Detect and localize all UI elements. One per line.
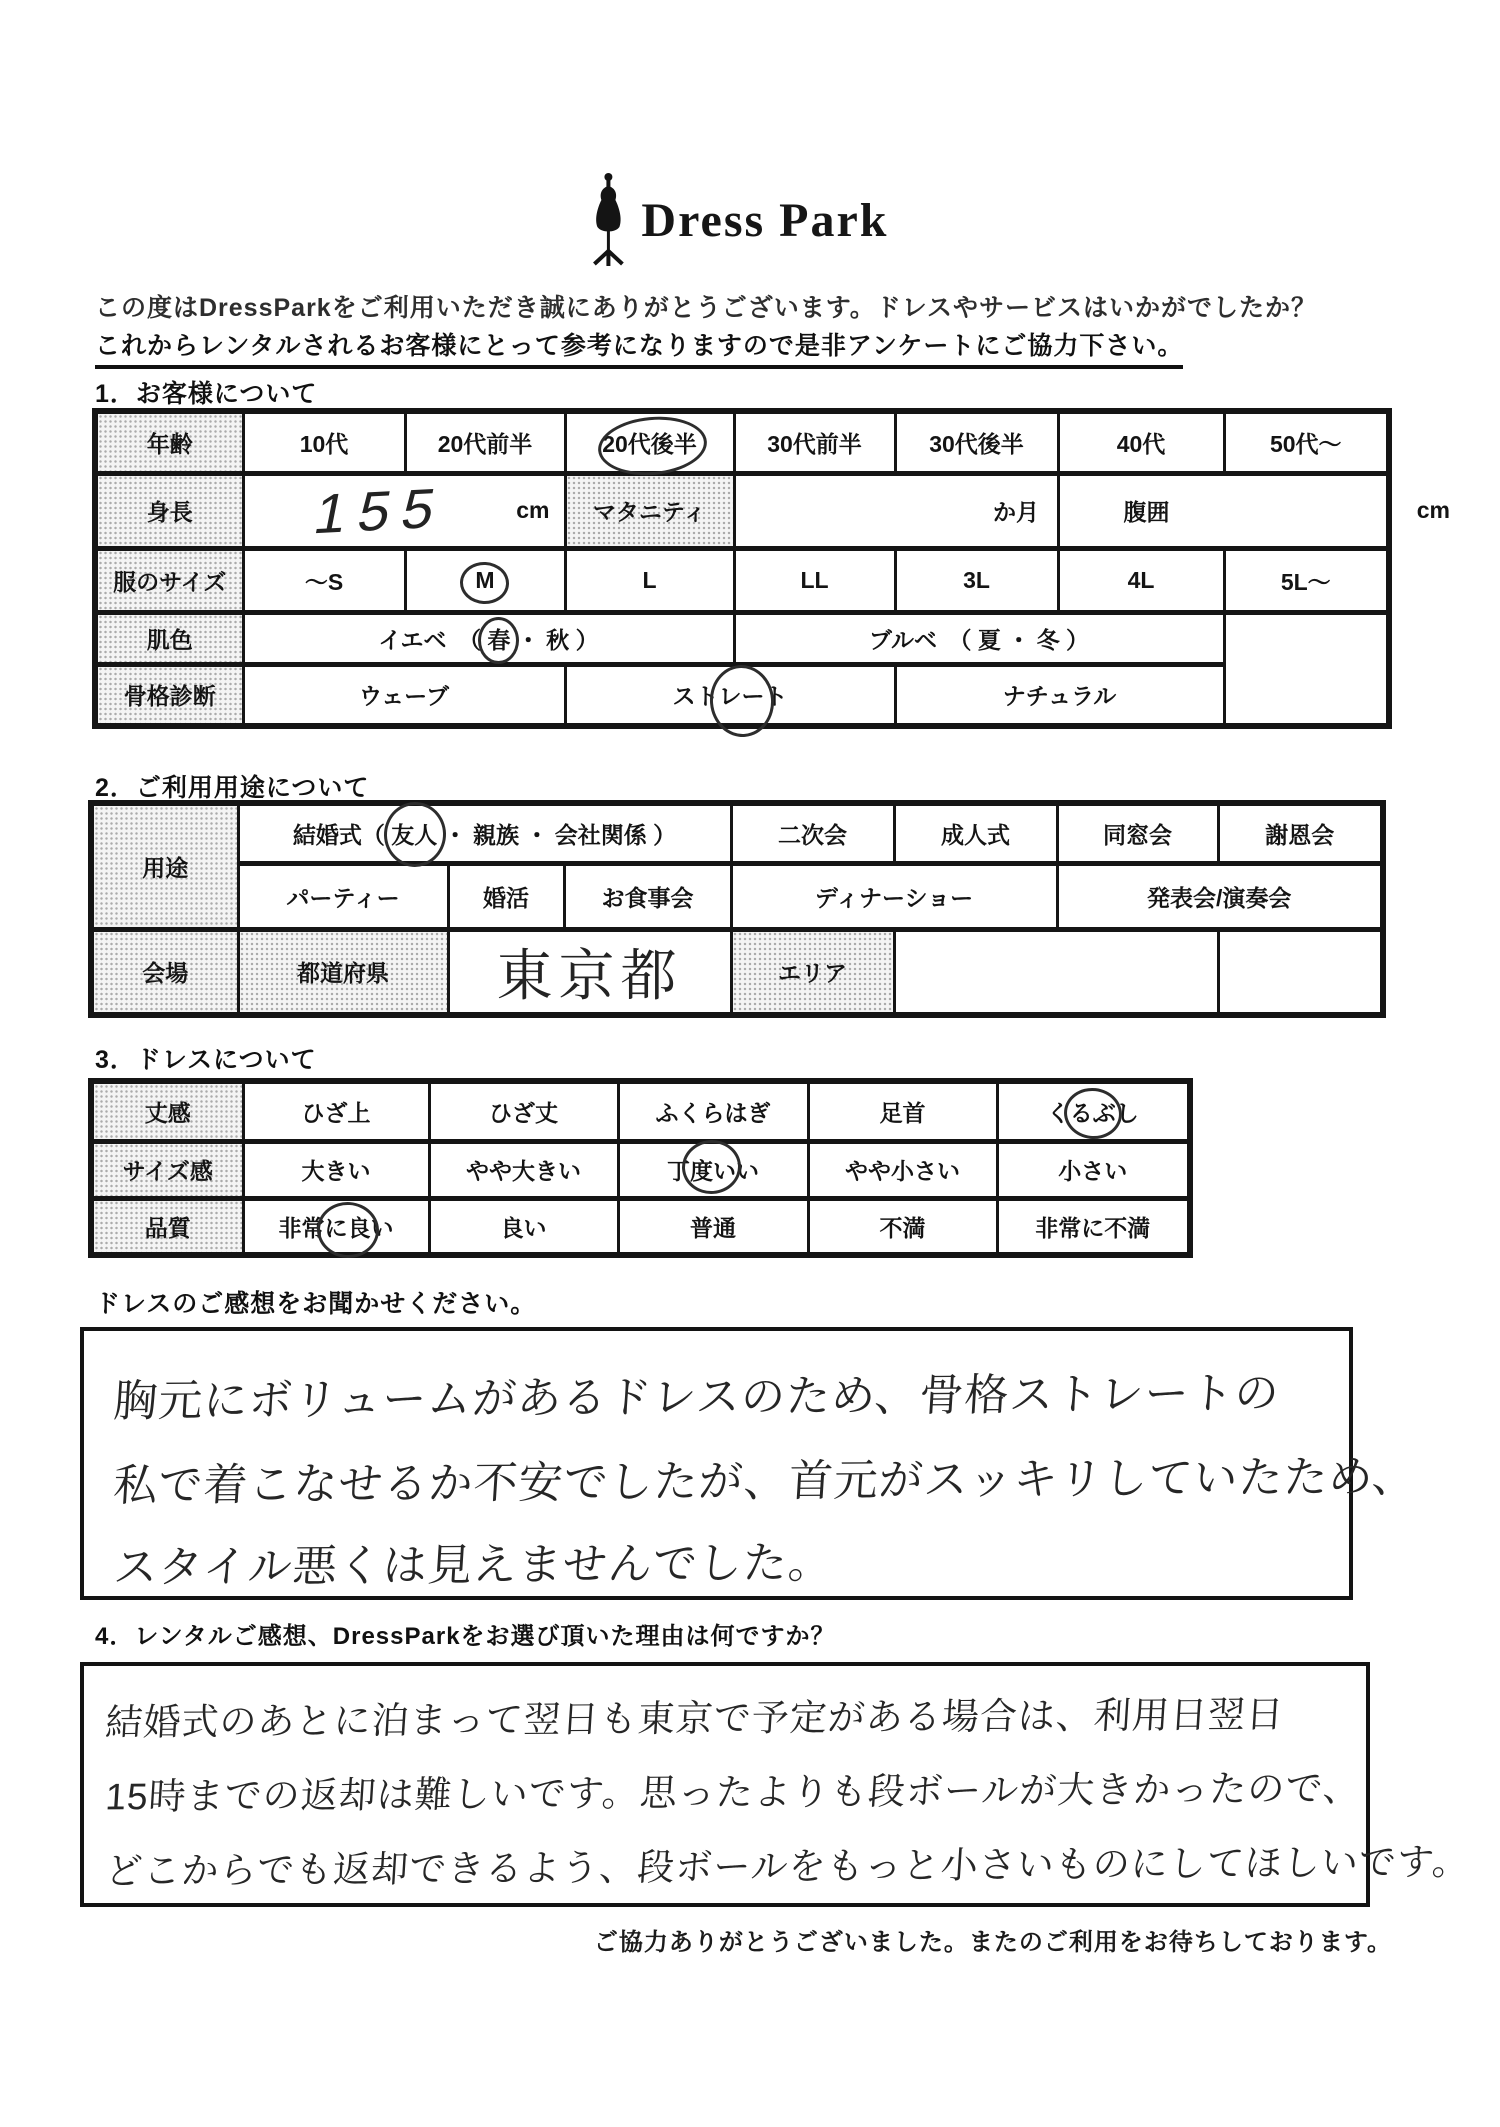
section-3-heading: 3．ドレスについて bbox=[95, 1040, 317, 1076]
prefecture-value-cell: 東京都 bbox=[448, 929, 731, 1015]
just-right-pre: 丁 bbox=[667, 1158, 690, 1184]
usage-option-dinner-show: ディナーショー bbox=[731, 863, 1057, 929]
anklebone-pre: く bbox=[1047, 1100, 1070, 1126]
wedding-option-friend: 友人 bbox=[391, 822, 437, 848]
venue-row: 会場 都道府県 東京都 エリア bbox=[91, 929, 1383, 1015]
rental-comment-line-1: 結婚式のあとに泊まって翌日も東京で予定がある場合は、利用日翌日 bbox=[106, 1678, 1366, 1752]
dress-comment-line-3: スタイル悪くは見えませんでした。 bbox=[114, 1519, 1349, 1603]
skin-label-cell: 肌色 bbox=[95, 612, 243, 664]
area-label-cell: エリア bbox=[731, 929, 894, 1015]
quality-option-bad: 不満 bbox=[808, 1198, 997, 1255]
usage-label-cell: 用途 bbox=[91, 803, 238, 929]
usage-option-konkatsu: 婚活 bbox=[448, 863, 564, 929]
height-value-cell: 155 cm bbox=[243, 473, 565, 548]
very-good-pre: 非常 bbox=[279, 1215, 325, 1241]
dress-comment-prompt: ドレスのご感想をお聞かせください。 bbox=[95, 1284, 536, 1320]
height-handwritten-value: 155 bbox=[237, 471, 525, 550]
prefecture-label-cell: 都道府県 bbox=[238, 929, 448, 1015]
height-unit: cm bbox=[516, 497, 563, 524]
height-label-cell: 身長 bbox=[95, 473, 243, 548]
skin-tone-row: 肌色 イエベ （ 春 ・ 秋 ） ブルベ （ 夏 ・ 冬 ） bbox=[95, 612, 1389, 664]
rental-comment-line-3: どこからでも返却できるよう、段ボールをもっと小さいものにしてほしいです。 bbox=[106, 1826, 1366, 1900]
size-option-ll: LL bbox=[734, 548, 895, 612]
fit-label-cell: サイズ感 bbox=[91, 1141, 243, 1198]
section-2-heading: 2．ご利用用途について bbox=[95, 768, 369, 804]
size-option-l: L bbox=[565, 548, 734, 612]
fit-option-slightly-small: やや小さい bbox=[808, 1141, 997, 1198]
wedding-post: ・ 親族 ・ 会社関係 ） bbox=[437, 822, 676, 848]
length-label-cell: 丈感 bbox=[91, 1081, 243, 1141]
skeleton-label-cell: 骨格診断 bbox=[95, 664, 243, 726]
usage-option-thanks-party: 謝恩会 bbox=[1218, 803, 1383, 863]
fit-option-slightly-big: やや大きい bbox=[429, 1141, 618, 1198]
age-option-10s: 10代 bbox=[243, 411, 405, 473]
skeleton-option-natural: ナチュラル bbox=[895, 664, 1224, 726]
intro-line-2: これからレンタルされるお客様にとって参考になりますので是非アンケートにご協力下さ… bbox=[95, 326, 1183, 369]
skeleton-straight-post: ト bbox=[765, 683, 788, 709]
skin-yellow-pre: イエベ （ bbox=[378, 627, 487, 653]
section-1-heading: 1．お客様について bbox=[95, 374, 317, 410]
usage-option-dining: お食事会 bbox=[564, 863, 731, 929]
skin-option-spring: 春 bbox=[487, 627, 510, 653]
brand-text: Dress Park bbox=[641, 193, 888, 248]
waist-unit: cm bbox=[1417, 497, 1450, 524]
intro-line-1: この度はDressParkをご利用いただき誠にありがとうございます。ドレスやサー… bbox=[95, 288, 1317, 324]
age-option-20s-late-text: 20代後半 bbox=[602, 431, 697, 457]
just-right-post: い bbox=[736, 1158, 759, 1184]
skin-yellow-post: ・ 秋 ） bbox=[510, 627, 598, 653]
quality-option-very-good: 非常に良い bbox=[243, 1198, 429, 1255]
very-good-post: い bbox=[371, 1215, 394, 1241]
age-option-30s-late: 30代後半 bbox=[895, 411, 1058, 473]
dress-comment-line-1: 胸元にボリュームがあるドレスのため、骨格ストレートの bbox=[114, 1351, 1349, 1435]
clothing-size-row: 服のサイズ ～S M L LL 3L 4L 5L～ bbox=[95, 548, 1389, 612]
skeleton-option-wave: ウェーブ bbox=[243, 664, 565, 726]
dress-comment-box: 胸元にボリュームがあるドレスのため、骨格ストレートの 私で着こなせるか不安でした… bbox=[80, 1327, 1353, 1600]
anklebone-post: し bbox=[1116, 1100, 1139, 1126]
dress-form-icon bbox=[587, 172, 629, 268]
usage-option-coming-of-age: 成人式 bbox=[894, 803, 1057, 863]
waist-label: 腹囲 bbox=[1124, 494, 1170, 527]
size-option-m: M bbox=[405, 548, 565, 612]
area-value-cell bbox=[894, 929, 1218, 1015]
size-option-3l: 3L bbox=[895, 548, 1058, 612]
skin-blue-base-cell: ブルベ （ 夏 ・ 冬 ） bbox=[734, 612, 1224, 664]
wedding-pre: 結婚式（ bbox=[293, 822, 391, 848]
venue-label-cell: 会場 bbox=[91, 929, 238, 1015]
very-good-circled: に良 bbox=[325, 1215, 371, 1241]
size-label-cell: 服のサイズ bbox=[95, 548, 243, 612]
scanned-questionnaire-page: Dress Park この度はDressParkをご利用いただき誠にありがとうご… bbox=[0, 0, 1500, 2127]
usage-option-wedding: 結婚式（ 友人 ・ 親族 ・ 会社関係 ） bbox=[238, 803, 731, 863]
length-option-anklebone: くるぶし bbox=[997, 1081, 1190, 1141]
usage-option-recital: 発表会/演奏会 bbox=[1057, 863, 1383, 929]
age-option-40s: 40代 bbox=[1058, 411, 1224, 473]
waist-cell: 腹囲 cm bbox=[1058, 473, 1389, 548]
quality-option-very-bad: 非常に不満 bbox=[997, 1198, 1190, 1255]
maternity-months-cell: か月 bbox=[734, 473, 1058, 548]
anklebone-circled: るぶ bbox=[1070, 1100, 1116, 1126]
quality-row: 品質 非常に良い 良い 普通 不満 非常に不満 bbox=[91, 1198, 1190, 1255]
usage-option-reunion: 同窓会 bbox=[1057, 803, 1218, 863]
length-row: 丈感 ひざ上 ひざ丈 ふくらはぎ 足首 くるぶし bbox=[91, 1081, 1190, 1141]
length-option-knee: ひざ丈 bbox=[429, 1081, 618, 1141]
maternity-cell: マタニティ bbox=[565, 473, 734, 548]
fit-row: サイズ感 大きい やや大きい 丁度いい やや小さい 小さい bbox=[91, 1141, 1190, 1198]
skin-yellow-base-cell: イエベ （ 春 ・ 秋 ） bbox=[243, 612, 734, 664]
quality-option-good: 良い bbox=[429, 1198, 618, 1255]
size-option-4l: 4L bbox=[1058, 548, 1224, 612]
age-option-20s-early: 20代前半 bbox=[405, 411, 565, 473]
skeleton-option-straight: ストレート bbox=[565, 664, 895, 726]
size-option-s: ～S bbox=[243, 548, 405, 612]
customer-info-table: 年齢 10代 20代前半 20代後半 30代前半 30代後半 40代 50代～ … bbox=[92, 408, 1392, 729]
skeleton-straight-pre: スト bbox=[673, 683, 719, 709]
skeleton-row: 骨格診断 ウェーブ ストレート ナチュラル bbox=[95, 664, 1389, 726]
rental-comment-box: 結婚式のあとに泊まって翌日も東京で予定がある場合は、利用日翌日 15時までの返却… bbox=[80, 1662, 1370, 1907]
logo: Dress Park bbox=[587, 172, 888, 268]
quality-label-cell: 品質 bbox=[91, 1198, 243, 1255]
age-label-cell: 年齢 bbox=[95, 411, 243, 473]
age-row: 年齢 10代 20代前半 20代後半 30代前半 30代後半 40代 50代～ bbox=[95, 411, 1389, 473]
months-label: か月 bbox=[993, 494, 1039, 527]
just-right-circled: 度い bbox=[690, 1158, 736, 1184]
usage-row-2: パーティー 婚活 お食事会 ディナーショー 発表会/演奏会 bbox=[91, 863, 1383, 929]
height-row: 身長 155 cm マタニティ か月 腹囲 cm bbox=[95, 473, 1389, 548]
size-option-5l: 5L～ bbox=[1224, 548, 1389, 612]
section-4-heading: 4．レンタルご感想、DressParkをお選び頂いた理由は何ですか？ bbox=[95, 1616, 836, 1651]
age-option-20s-late: 20代後半 bbox=[565, 411, 734, 473]
age-option-30s-early: 30代前半 bbox=[734, 411, 895, 473]
skeleton-straight-circled: レー bbox=[719, 683, 765, 709]
length-option-above-knee: ひざ上 bbox=[243, 1081, 429, 1141]
usage-table: 用途 結婚式（ 友人 ・ 親族 ・ 会社関係 ） 二次会 成人式 同窓会 謝恩会… bbox=[88, 800, 1386, 1018]
dress-comment-line-2: 私で着こなせるか不安でしたが、首元がスッキリしていたため、 bbox=[114, 1435, 1349, 1519]
fit-option-small: 小さい bbox=[997, 1141, 1190, 1198]
usage-option-party: パーティー bbox=[238, 863, 448, 929]
length-option-calf: ふくらはぎ bbox=[618, 1081, 808, 1141]
dress-table: 丈感 ひざ上 ひざ丈 ふくらはぎ 足首 くるぶし サイズ感 大きい やや大きい … bbox=[88, 1078, 1193, 1258]
usage-row-1: 用途 結婚式（ 友人 ・ 親族 ・ 会社関係 ） 二次会 成人式 同窓会 謝恩会 bbox=[91, 803, 1383, 863]
fit-option-just-right: 丁度いい bbox=[618, 1141, 808, 1198]
footer-thanks: ご協力ありがとうございました。またのご利用をお待ちしております。 bbox=[0, 1922, 1392, 1957]
size-option-m-text: M bbox=[475, 567, 494, 593]
rental-comment-line-2: 15時までの返却は難しいです。思ったよりも段ボールが大きかったので、 bbox=[106, 1752, 1366, 1826]
fit-option-big: 大きい bbox=[243, 1141, 429, 1198]
length-option-ankle: 足首 bbox=[808, 1081, 997, 1141]
prefecture-handwritten-value: 東京都 bbox=[497, 944, 683, 1007]
quality-option-normal: 普通 bbox=[618, 1198, 808, 1255]
age-option-50s: 50代～ bbox=[1224, 411, 1389, 473]
usage-option-afterparty: 二次会 bbox=[731, 803, 894, 863]
